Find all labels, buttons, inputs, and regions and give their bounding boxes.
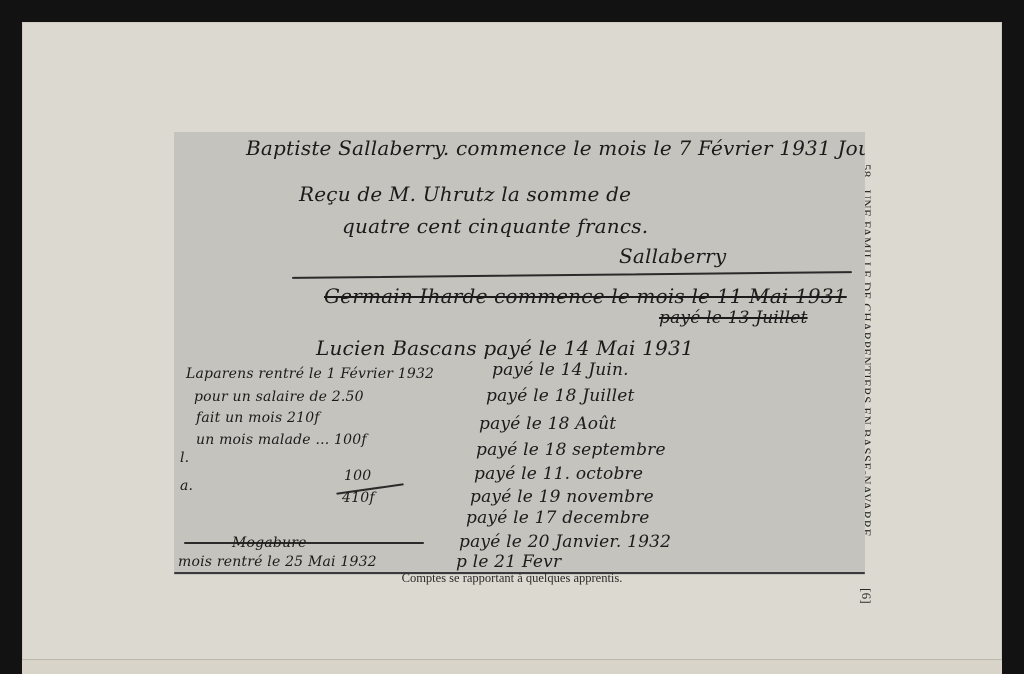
ledger-photograph: Baptiste Sallaberry. commence le mois le… (174, 132, 865, 575)
lucien-header: Lucien Bascans payé le 14 Mai 1931 (316, 336, 694, 360)
lucien-payment: payé le 11. octobre (474, 464, 643, 484)
left-line: un mois malade ... 100f (196, 432, 367, 448)
baptiste-line-2: Reçu de M. Uhrutz la somme de (299, 182, 631, 206)
figure-caption: Comptes se rapportant à quelques apprent… (22, 571, 1002, 586)
lucien-payment: p le 21 Fevr (456, 552, 561, 572)
lucien-payment: payé le 14 Juin. (492, 360, 629, 380)
next-page-edge (22, 659, 1002, 674)
germain-line-2: payé le 13 Juillet (659, 308, 808, 328)
book-page: 58 UNE FAMILLE DE CHARPENTIERS EN BASSE-… (22, 22, 1002, 662)
book-scan: 58 UNE FAMILLE DE CHARPENTIERS EN BASSE-… (0, 0, 1024, 674)
baptiste-line-1: Baptiste Sallaberry. commence le mois le… (246, 136, 865, 160)
mogabure-line: mois rentré le 25 Mai 1932 (178, 554, 377, 570)
left-line: fait un mois 210f (196, 410, 320, 426)
baptiste-signature: Sallaberry (619, 244, 726, 268)
lucien-payment: payé le 17 decembre (466, 508, 650, 528)
lucien-payment: payé le 18 septembre (476, 440, 666, 460)
left-line: 100 (344, 468, 371, 484)
margin-mark: a. (180, 478, 193, 494)
lucien-payment: payé le 19 novembre (470, 487, 654, 507)
margin-mark: l. (180, 450, 189, 466)
section-marker: [6] (858, 588, 874, 604)
left-total: 410f (342, 490, 375, 506)
lucien-payment: payé le 18 Août (479, 414, 616, 434)
left-line: Laparens rentré le 1 Février 1932 (186, 366, 434, 382)
mogabure-name: Mogabure (232, 535, 307, 551)
baptiste-line-3: quatre cent cinquante francs. (342, 214, 648, 238)
lucien-payment: payé le 18 Juillet (486, 386, 635, 406)
separator-rule (292, 271, 852, 279)
germain-line-1: Germain Iharde commence le mois le 11 Ma… (324, 284, 847, 308)
left-line: pour un salaire de 2.50 (194, 389, 364, 405)
lucien-payment: payé le 20 Janvier. 1932 (459, 532, 671, 552)
